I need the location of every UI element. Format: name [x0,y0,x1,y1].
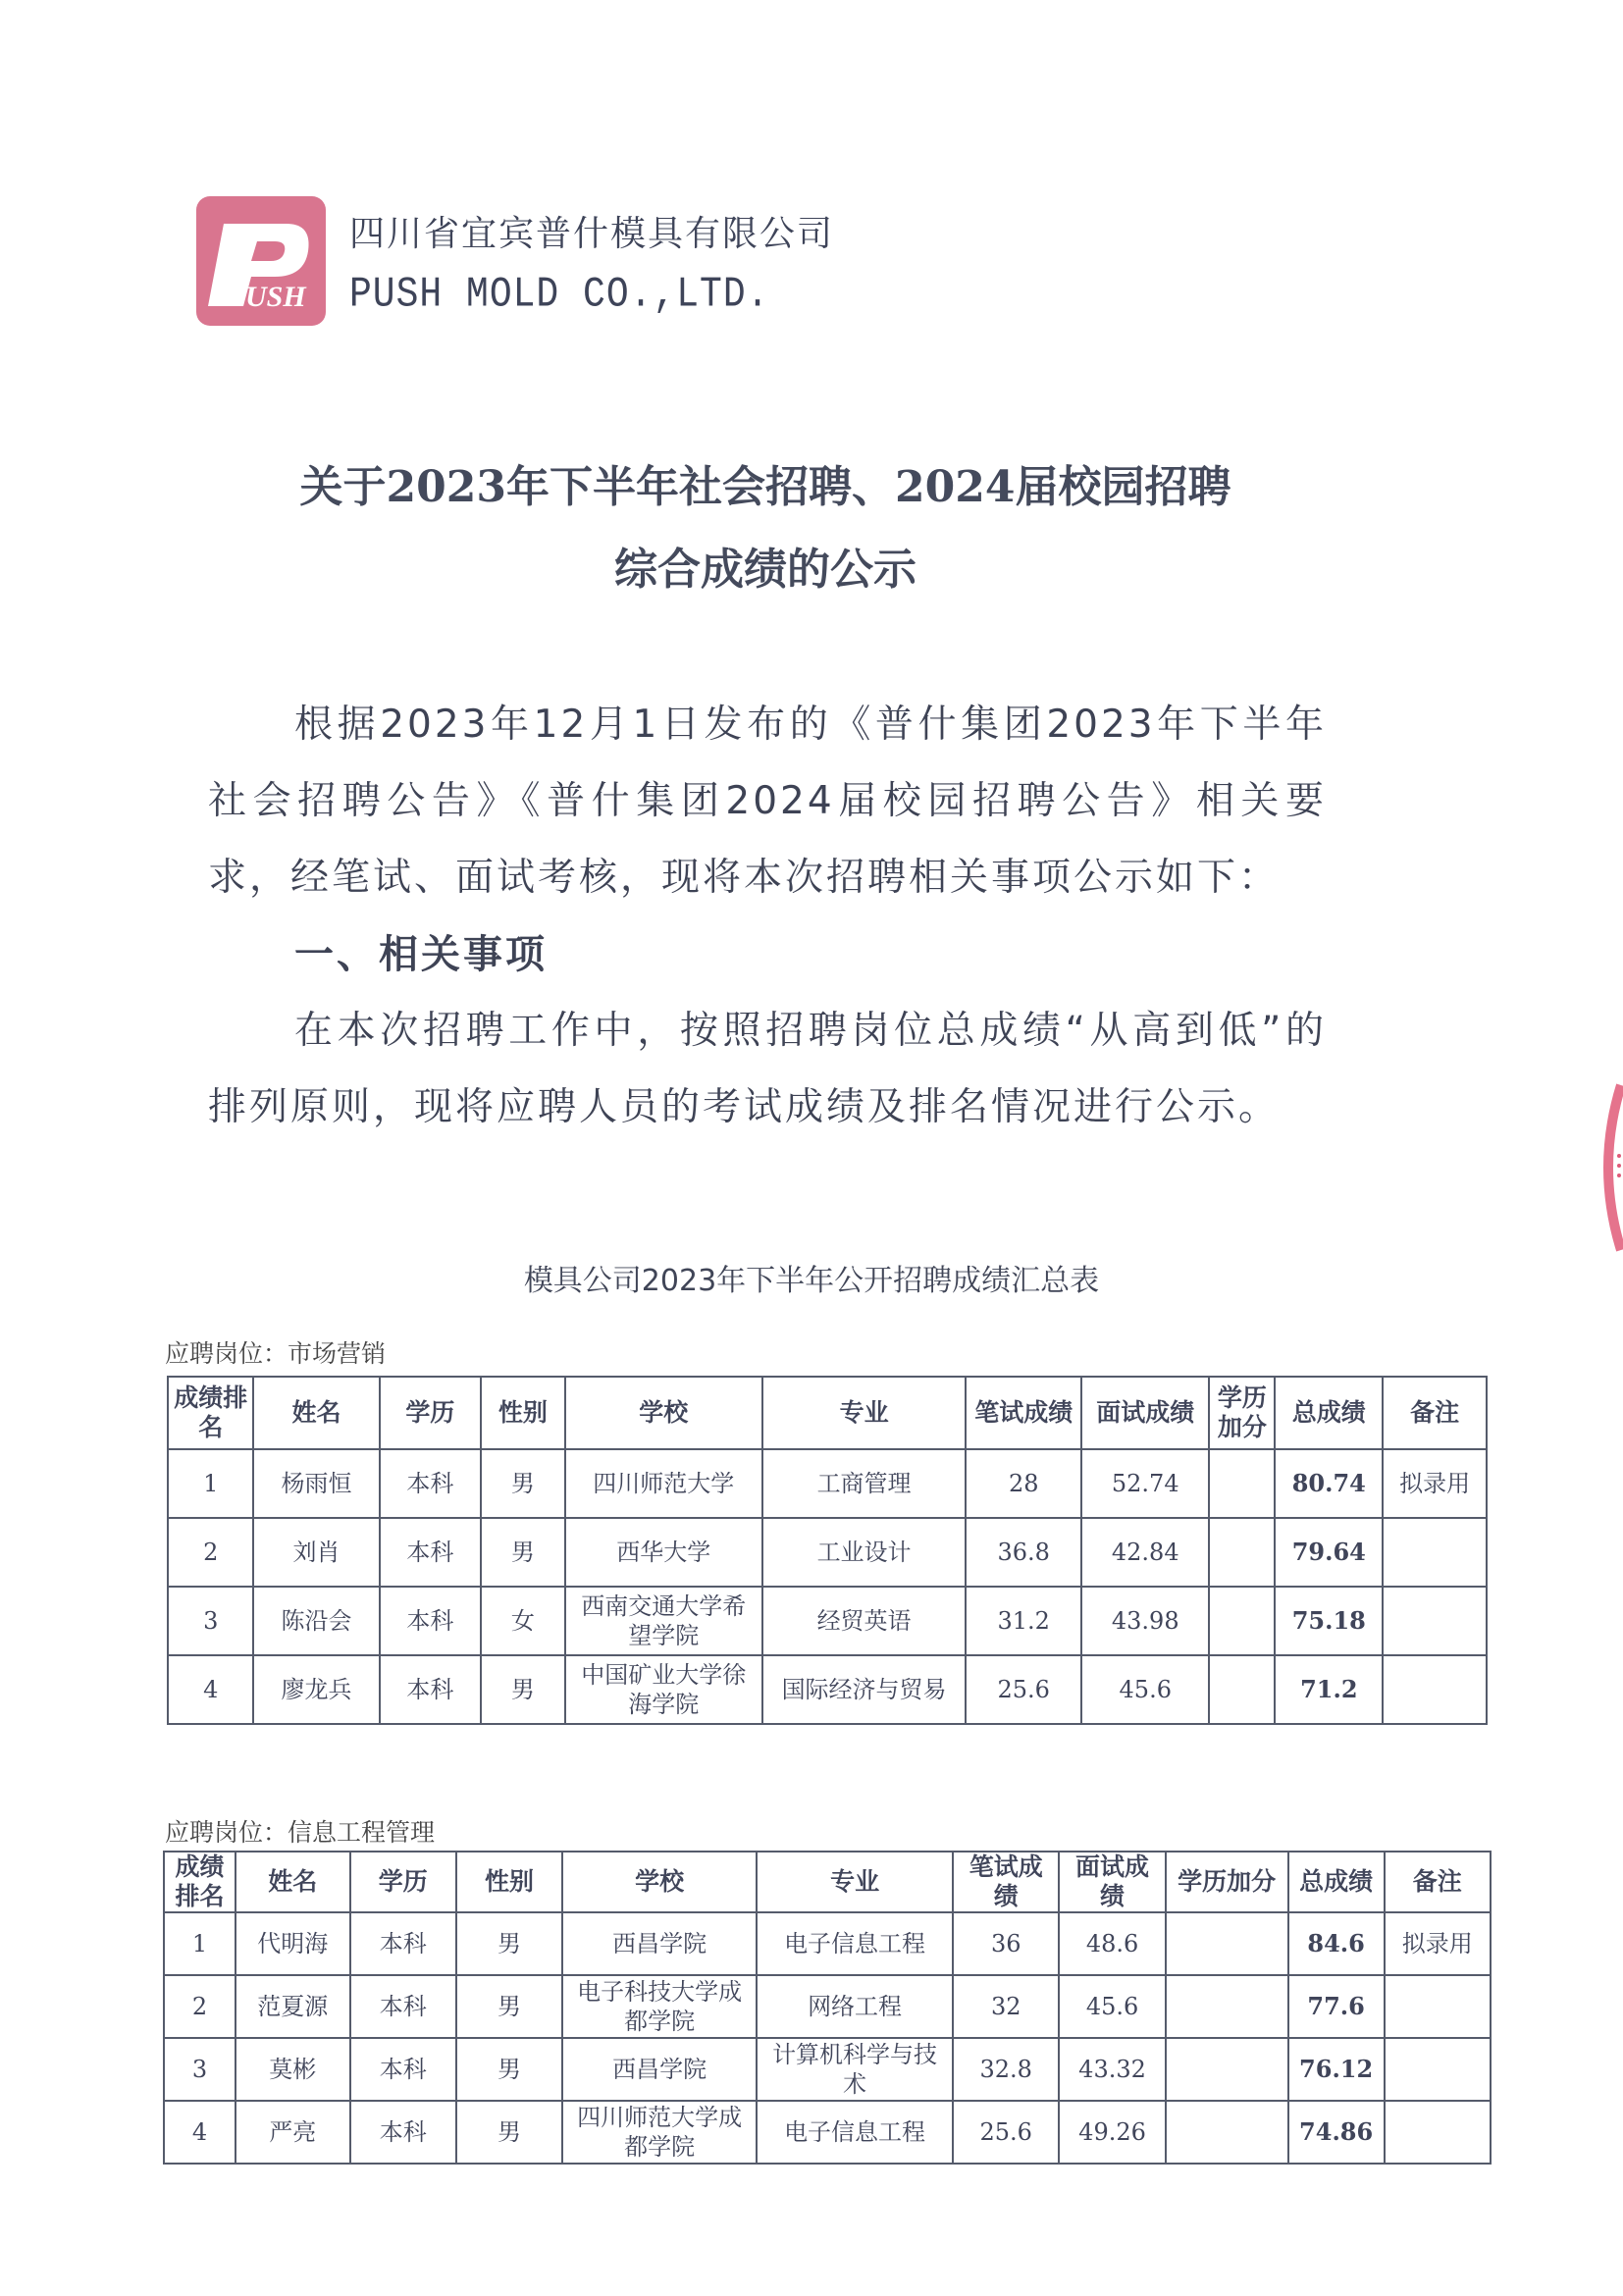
header-total: 总成绩 [1288,1852,1385,1912]
cell-rank: 1 [168,1449,253,1518]
cell-name: 范夏源 [236,1975,350,2038]
cell-name: 刘肖 [253,1518,379,1587]
cell-rank: 2 [164,1975,236,2038]
cell-interview: 49.26 [1059,2101,1165,2164]
cell-school: 西华大学 [565,1518,762,1587]
cell-name: 严亮 [236,2101,350,2164]
header-major: 专业 [757,1852,953,1912]
header-written: 笔试成绩 [953,1852,1059,1912]
cell-note [1385,2038,1491,2101]
cell-rank: 1 [164,1912,236,1975]
cell-education: 本科 [350,2101,456,2164]
title-line-2: 综合成绩的公示 [0,529,1531,611]
cell-gender: 男 [456,1975,562,2038]
header-interview: 面试成绩 [1059,1852,1165,1912]
header-gender: 性别 [456,1852,562,1912]
cell-note: 拟录用 [1385,1912,1491,1975]
letterhead: USH 四川省宜宾普什模具有限公司 PUSH MOLD CO.,LTD. [196,196,834,326]
svg-text:USH: USH [245,281,307,313]
cell-gender: 女 [481,1587,564,1655]
cell-school: 中国矿业大学徐海学院 [565,1655,762,1724]
cell-name: 杨雨恒 [253,1449,379,1518]
header-note: 备注 [1383,1377,1487,1449]
cell-bonus [1209,1518,1275,1587]
cell-total: 76.12 [1288,2038,1385,2101]
table-row: 1 杨雨恒 本科 男 四川师范大学 工商管理 28 52.74 80.74 拟录… [168,1449,1487,1518]
section-heading-1: 一、相关事项 [208,916,1327,993]
cell-school: 四川师范大学成都学院 [562,2101,757,2164]
cell-major: 电子信息工程 [757,1912,953,1975]
cell-note [1383,1587,1487,1655]
cell-written: 32.8 [953,2038,1059,2101]
cell-total: 77.6 [1288,1975,1385,2038]
cell-name: 陈沿会 [253,1587,379,1655]
cell-written: 36 [953,1912,1059,1975]
position-label-info-eng: 应聘岗位：信息工程管理 [165,1813,435,1849]
header-rank: 成绩排名 [164,1852,236,1912]
cell-written: 32 [953,1975,1059,2038]
cell-education: 本科 [350,1975,456,2038]
table-title: 模具公司2023年下半年公开招聘成绩汇总表 [0,1256,1623,1299]
cell-written: 31.2 [966,1587,1081,1655]
header-written: 笔试成绩 [966,1377,1081,1449]
cell-school: 西昌学院 [562,1912,757,1975]
cell-gender: 男 [481,1655,564,1724]
cell-rank: 4 [168,1655,253,1724]
header-school: 学校 [565,1377,762,1449]
cell-note [1385,1975,1491,2038]
cell-total: 71.2 [1275,1655,1383,1724]
table-header-row: 成绩排名 姓名 学历 性别 学校 专业 笔试成绩 面试成绩 学历加分 总成绩 备… [168,1377,1487,1449]
header-major: 专业 [762,1377,966,1449]
cell-note: 拟录用 [1383,1449,1487,1518]
cell-major: 经贸英语 [762,1587,966,1655]
cell-total: 75.18 [1275,1587,1383,1655]
cell-rank: 3 [164,2038,236,2101]
cell-rank: 4 [164,2101,236,2164]
header-rank: 成绩排名 [168,1377,253,1449]
cell-school: 四川师范大学 [565,1449,762,1518]
cell-bonus [1166,2038,1288,2101]
cell-interview: 42.84 [1081,1518,1209,1587]
document-title: 关于2023年下半年社会招聘、2024届校园招聘 综合成绩的公示 [0,446,1531,611]
company-name-cn: 四川省宜宾普什模具有限公司 [349,206,834,256]
header-education: 学历 [380,1377,482,1449]
cell-total: 79.64 [1275,1518,1383,1587]
cell-gender: 男 [456,2101,562,2164]
cell-name: 代明海 [236,1912,350,1975]
header-school: 学校 [562,1852,757,1912]
cell-written: 36.8 [966,1518,1081,1587]
cell-gender: 男 [456,1912,562,1975]
cell-major: 工业设计 [762,1518,966,1587]
title-line-1: 关于2023年下半年社会招聘、2024届校园招聘 [0,446,1531,529]
push-logo: USH [196,196,326,326]
cell-total: 74.86 [1288,2101,1385,2164]
header-gender: 性别 [481,1377,564,1449]
company-seal-icon [1594,1079,1623,1256]
cell-bonus [1209,1587,1275,1655]
cell-total: 80.74 [1275,1449,1383,1518]
position-label-marketing: 应聘岗位：市场营销 [165,1334,386,1370]
cell-education: 本科 [380,1587,482,1655]
paragraph-ranking: 在本次招聘工作中，按照招聘岗位总成绩“从高到低”的排列原则，现将应聘人员的考试成… [208,993,1327,1146]
table-row: 2 刘肖 本科 男 西华大学 工业设计 36.8 42.84 79.64 [168,1518,1487,1587]
cell-major: 工商管理 [762,1449,966,1518]
cell-major: 网络工程 [757,1975,953,2038]
header-name: 姓名 [236,1852,350,1912]
header-bonus: 学历加分 [1166,1852,1288,1912]
table-row: 4 严亮 本科 男 四川师范大学成都学院 电子信息工程 25.6 49.26 7… [164,2101,1491,2164]
header-name: 姓名 [253,1377,379,1449]
cell-note [1383,1655,1487,1724]
header-interview: 面试成绩 [1081,1377,1209,1449]
cell-gender: 男 [481,1518,564,1587]
cell-interview: 45.6 [1059,1975,1165,2038]
paragraph-intro: 根据2023年12月1日发布的《普什集团2023年下半年社会招聘公告》《普什集团… [208,687,1327,916]
cell-interview: 48.6 [1059,1912,1165,1975]
cell-note [1385,2101,1491,2164]
header-total: 总成绩 [1275,1377,1383,1449]
cell-interview: 43.98 [1081,1587,1209,1655]
cell-major: 计算机科学与技术 [757,2038,953,2101]
cell-major: 电子信息工程 [757,2101,953,2164]
cell-bonus [1166,1975,1288,2038]
table-row: 3 陈沿会 本科 女 西南交通大学希望学院 经贸英语 31.2 43.98 75… [168,1587,1487,1655]
header-note: 备注 [1385,1852,1491,1912]
cell-rank: 2 [168,1518,253,1587]
table-header-row: 成绩排名 姓名 学历 性别 学校 专业 笔试成绩 面试成绩 学历加分 总成绩 备… [164,1852,1491,1912]
cell-written: 25.6 [953,2101,1059,2164]
cell-bonus [1209,1655,1275,1724]
document-body: 根据2023年12月1日发布的《普什集团2023年下半年社会招聘公告》《普什集团… [208,687,1327,1146]
cell-bonus [1166,2101,1288,2164]
company-name-en: PUSH MOLD CO.,LTD. [349,271,834,319]
cell-education: 本科 [380,1449,482,1518]
cell-major: 国际经济与贸易 [762,1655,966,1724]
cell-education: 本科 [350,1912,456,1975]
header-education: 学历 [350,1852,456,1912]
cell-name: 廖龙兵 [253,1655,379,1724]
cell-note [1383,1518,1487,1587]
cell-interview: 43.32 [1059,2038,1165,2101]
table-row: 2 范夏源 本科 男 电子科技大学成都学院 网络工程 32 45.6 77.6 [164,1975,1491,2038]
cell-education: 本科 [350,2038,456,2101]
cell-rank: 3 [168,1587,253,1655]
cell-total: 84.6 [1288,1912,1385,1975]
cell-gender: 男 [456,2038,562,2101]
table-row: 3 莫彬 本科 男 西昌学院 计算机科学与技术 32.8 43.32 76.12 [164,2038,1491,2101]
push-logo-icon: USH [196,196,326,326]
table-row: 1 代明海 本科 男 西昌学院 电子信息工程 36 48.6 84.6 拟录用 [164,1912,1491,1975]
cell-school: 西南交通大学希望学院 [565,1587,762,1655]
score-table-marketing: 成绩排名 姓名 学历 性别 学校 专业 笔试成绩 面试成绩 学历加分 总成绩 备… [167,1376,1488,1725]
header-bonus: 学历加分 [1209,1377,1275,1449]
cell-gender: 男 [481,1449,564,1518]
cell-bonus [1209,1449,1275,1518]
table-row: 4 廖龙兵 本科 男 中国矿业大学徐海学院 国际经济与贸易 25.6 45.6 … [168,1655,1487,1724]
cell-school: 电子科技大学成都学院 [562,1975,757,2038]
cell-interview: 45.6 [1081,1655,1209,1724]
cell-bonus [1166,1912,1288,1975]
score-table-info-eng: 成绩排名 姓名 学历 性别 学校 专业 笔试成绩 面试成绩 学历加分 总成绩 备… [163,1851,1492,2165]
cell-written: 28 [966,1449,1081,1518]
cell-education: 本科 [380,1518,482,1587]
cell-education: 本科 [380,1655,482,1724]
cell-written: 25.6 [966,1655,1081,1724]
cell-interview: 52.74 [1081,1449,1209,1518]
cell-school: 西昌学院 [562,2038,757,2101]
cell-name: 莫彬 [236,2038,350,2101]
